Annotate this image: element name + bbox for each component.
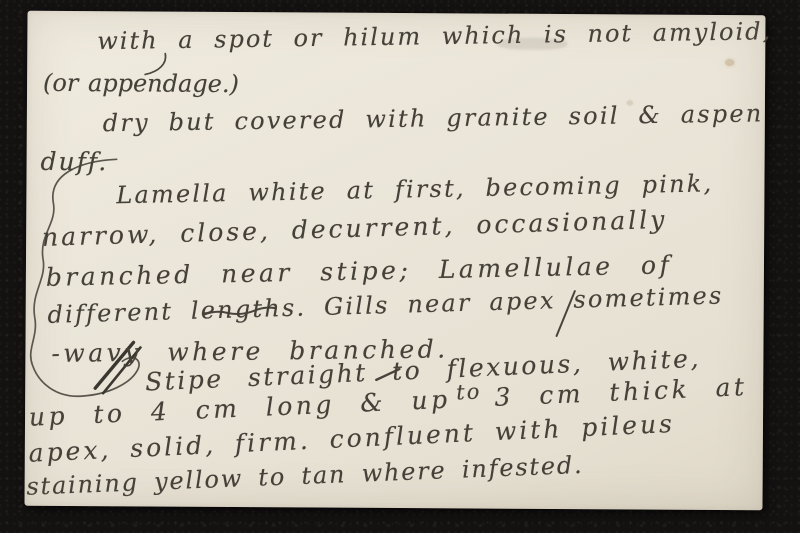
handwritten-line-2: (or appendage.) <box>43 69 239 98</box>
handwritten-line-4: duff. <box>41 147 109 176</box>
handwritten-line-6: narrow, close, decurrent, occasionally <box>42 205 668 252</box>
photo-background: with a spot or hilum which is not amyloi… <box>0 0 800 533</box>
handwritten-line-3: dry but covered with granite soil & aspe… <box>103 99 764 137</box>
handwritten-line-5: Lamella white at first, becoming pink, <box>116 169 714 209</box>
handwritten-line-1: with a spot or hilum which is not amyloi… <box>97 17 772 55</box>
insertion-gap: to <box>451 406 495 408</box>
inserted-word-above-line: to <box>456 379 482 404</box>
index-card: with a spot or hilum which is not amyloi… <box>24 11 765 510</box>
card-stain <box>725 59 734 66</box>
